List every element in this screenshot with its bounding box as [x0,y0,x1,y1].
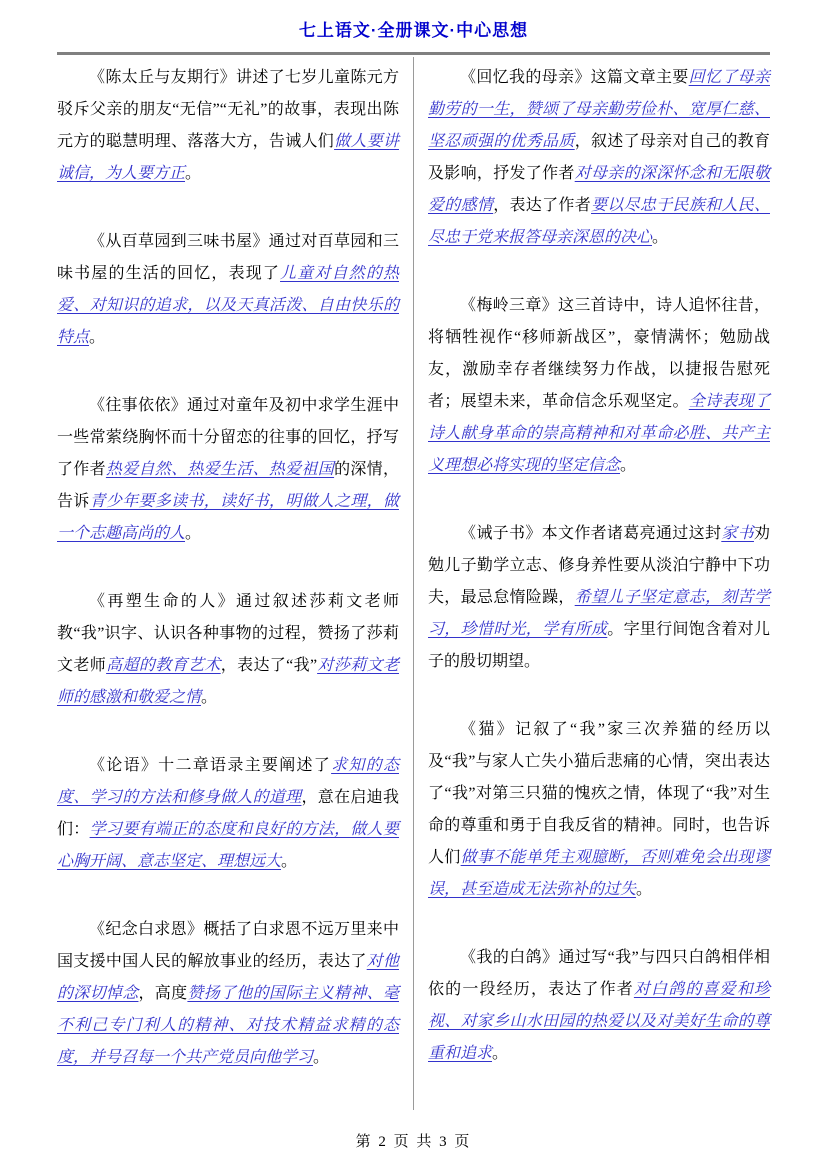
text-run: 。 [652,229,668,246]
page-header: 七上语文·全册课文·中心思想 [0,0,827,41]
paragraph: 《梅岭三章》这三首诗中，诗人追怀往昔，将牺牲视作“移师新战区”，豪情满怀；勉励战… [428,290,770,482]
paragraph: 《回忆我的母亲》这篇文章主要回忆了母亲勤劳的一生，赞颂了母亲勤劳俭朴、宽厚仁慈、… [428,62,770,254]
paragraph: 《往事依依》通过对童年及初中求学生涯中一些常萦绕胸怀而十分留恋的往事的回忆，抒写… [57,390,399,550]
highlight-run: 家书 [721,525,754,542]
text-run: 《回忆我的母亲》这篇文章主要 [460,69,689,86]
footer-page-number: 第 2 页 共 3 页 [356,1134,472,1150]
text-run: 。 [89,329,105,346]
text-run: 。 [185,165,201,182]
text-run: 《猫》记叙了“我”家三次养猫的经历以及“我”与家人亡失小猫后悲痛的心情，突出表达… [428,721,770,866]
text-run: 《诫子书》本文作者诸葛亮通过这封 [460,525,721,542]
column-divider [413,57,414,1110]
paragraph: 《诫子书》本文作者诸葛亮通过这封家书劝勉儿子勤学立志、修身养性要从淡泊宁静中下功… [428,518,770,678]
text-run: 《纪念白求恩》概括了白求恩不远万里来中国支援中国人民的解放事业的经历，表达了 [57,921,399,970]
paragraph: 《陈太丘与友期行》讲述了七岁儿童陈元方驳斥父亲的朋友“无信”“无礼”的故事，表现… [57,62,399,190]
paragraph: 《论语》十二章语录主要阐述了求知的态度、学习的方法和修身做人的道理，意在启迪我们… [57,750,399,878]
text-run: 。 [201,689,217,706]
text-run: 。 [185,525,201,542]
highlight-run: 青少年要多读书，读好书，明做人之理，做一个志趣高尚的人 [57,493,399,542]
text-run: ，高度 [139,985,188,1002]
text-run: 。 [313,1049,329,1066]
text-run: ，表达了“我” [221,657,317,674]
text-run: 。 [636,881,652,898]
paragraph: 《纪念白求恩》概括了白求恩不远万里来中国支援中国人民的解放事业的经历，表达了对他… [57,914,399,1074]
document-page: 七上语文·全册课文·中心思想 《陈太丘与友期行》讲述了七岁儿童陈元方驳斥父亲的朋… [0,0,827,1169]
paragraph: 《从百草园到三味书屋》通过对百草园和三味书屋的生活的回忆，表现了儿童对自然的热爱… [57,226,399,354]
text-run: 。 [281,853,297,870]
paragraph: 《我的白鸽》通过写“我”与四只白鸽相伴相依的一段经历，表达了作者对白鸽的喜爱和珍… [428,942,770,1070]
text-run: 《论语》十二章语录主要阐述了 [89,757,331,774]
highlight-run: 高超的教育艺术 [106,657,221,674]
highlight-run: 做事不能单凭主观臆断，否则难免会出现谬误，甚至造成无法弥补的过失 [428,849,770,898]
highlight-run: 学习要有端正的态度和良好的方法，做人要心胸开阔、意志坚定、理想远大 [57,821,399,870]
left-column: 《陈太丘与友期行》讲述了七岁儿童陈元方驳斥父亲的朋友“无信”“无礼”的故事，表现… [57,62,399,1110]
paragraph: 《猫》记叙了“我”家三次养猫的经历以及“我”与家人亡失小猫后悲痛的心情，突出表达… [428,714,770,906]
highlight-run: 热爱自然、热爱生活、热爱祖国 [106,461,334,478]
page-footer: 第 2 页 共 3 页 [0,1130,827,1151]
text-run: 。 [620,457,636,474]
right-column: 《回忆我的母亲》这篇文章主要回忆了母亲勤劳的一生，赞颂了母亲勤劳俭朴、宽厚仁慈、… [428,62,770,1110]
paragraph: 《再塑生命的人》通过叙述莎莉文老师教“我”识字、认识各种事物的过程，赞扬了莎莉文… [57,586,399,714]
text-run: 。 [492,1045,508,1062]
page-title: 七上语文·全册课文·中心思想 [299,16,528,41]
text-run: ，表达了作者 [493,197,591,214]
